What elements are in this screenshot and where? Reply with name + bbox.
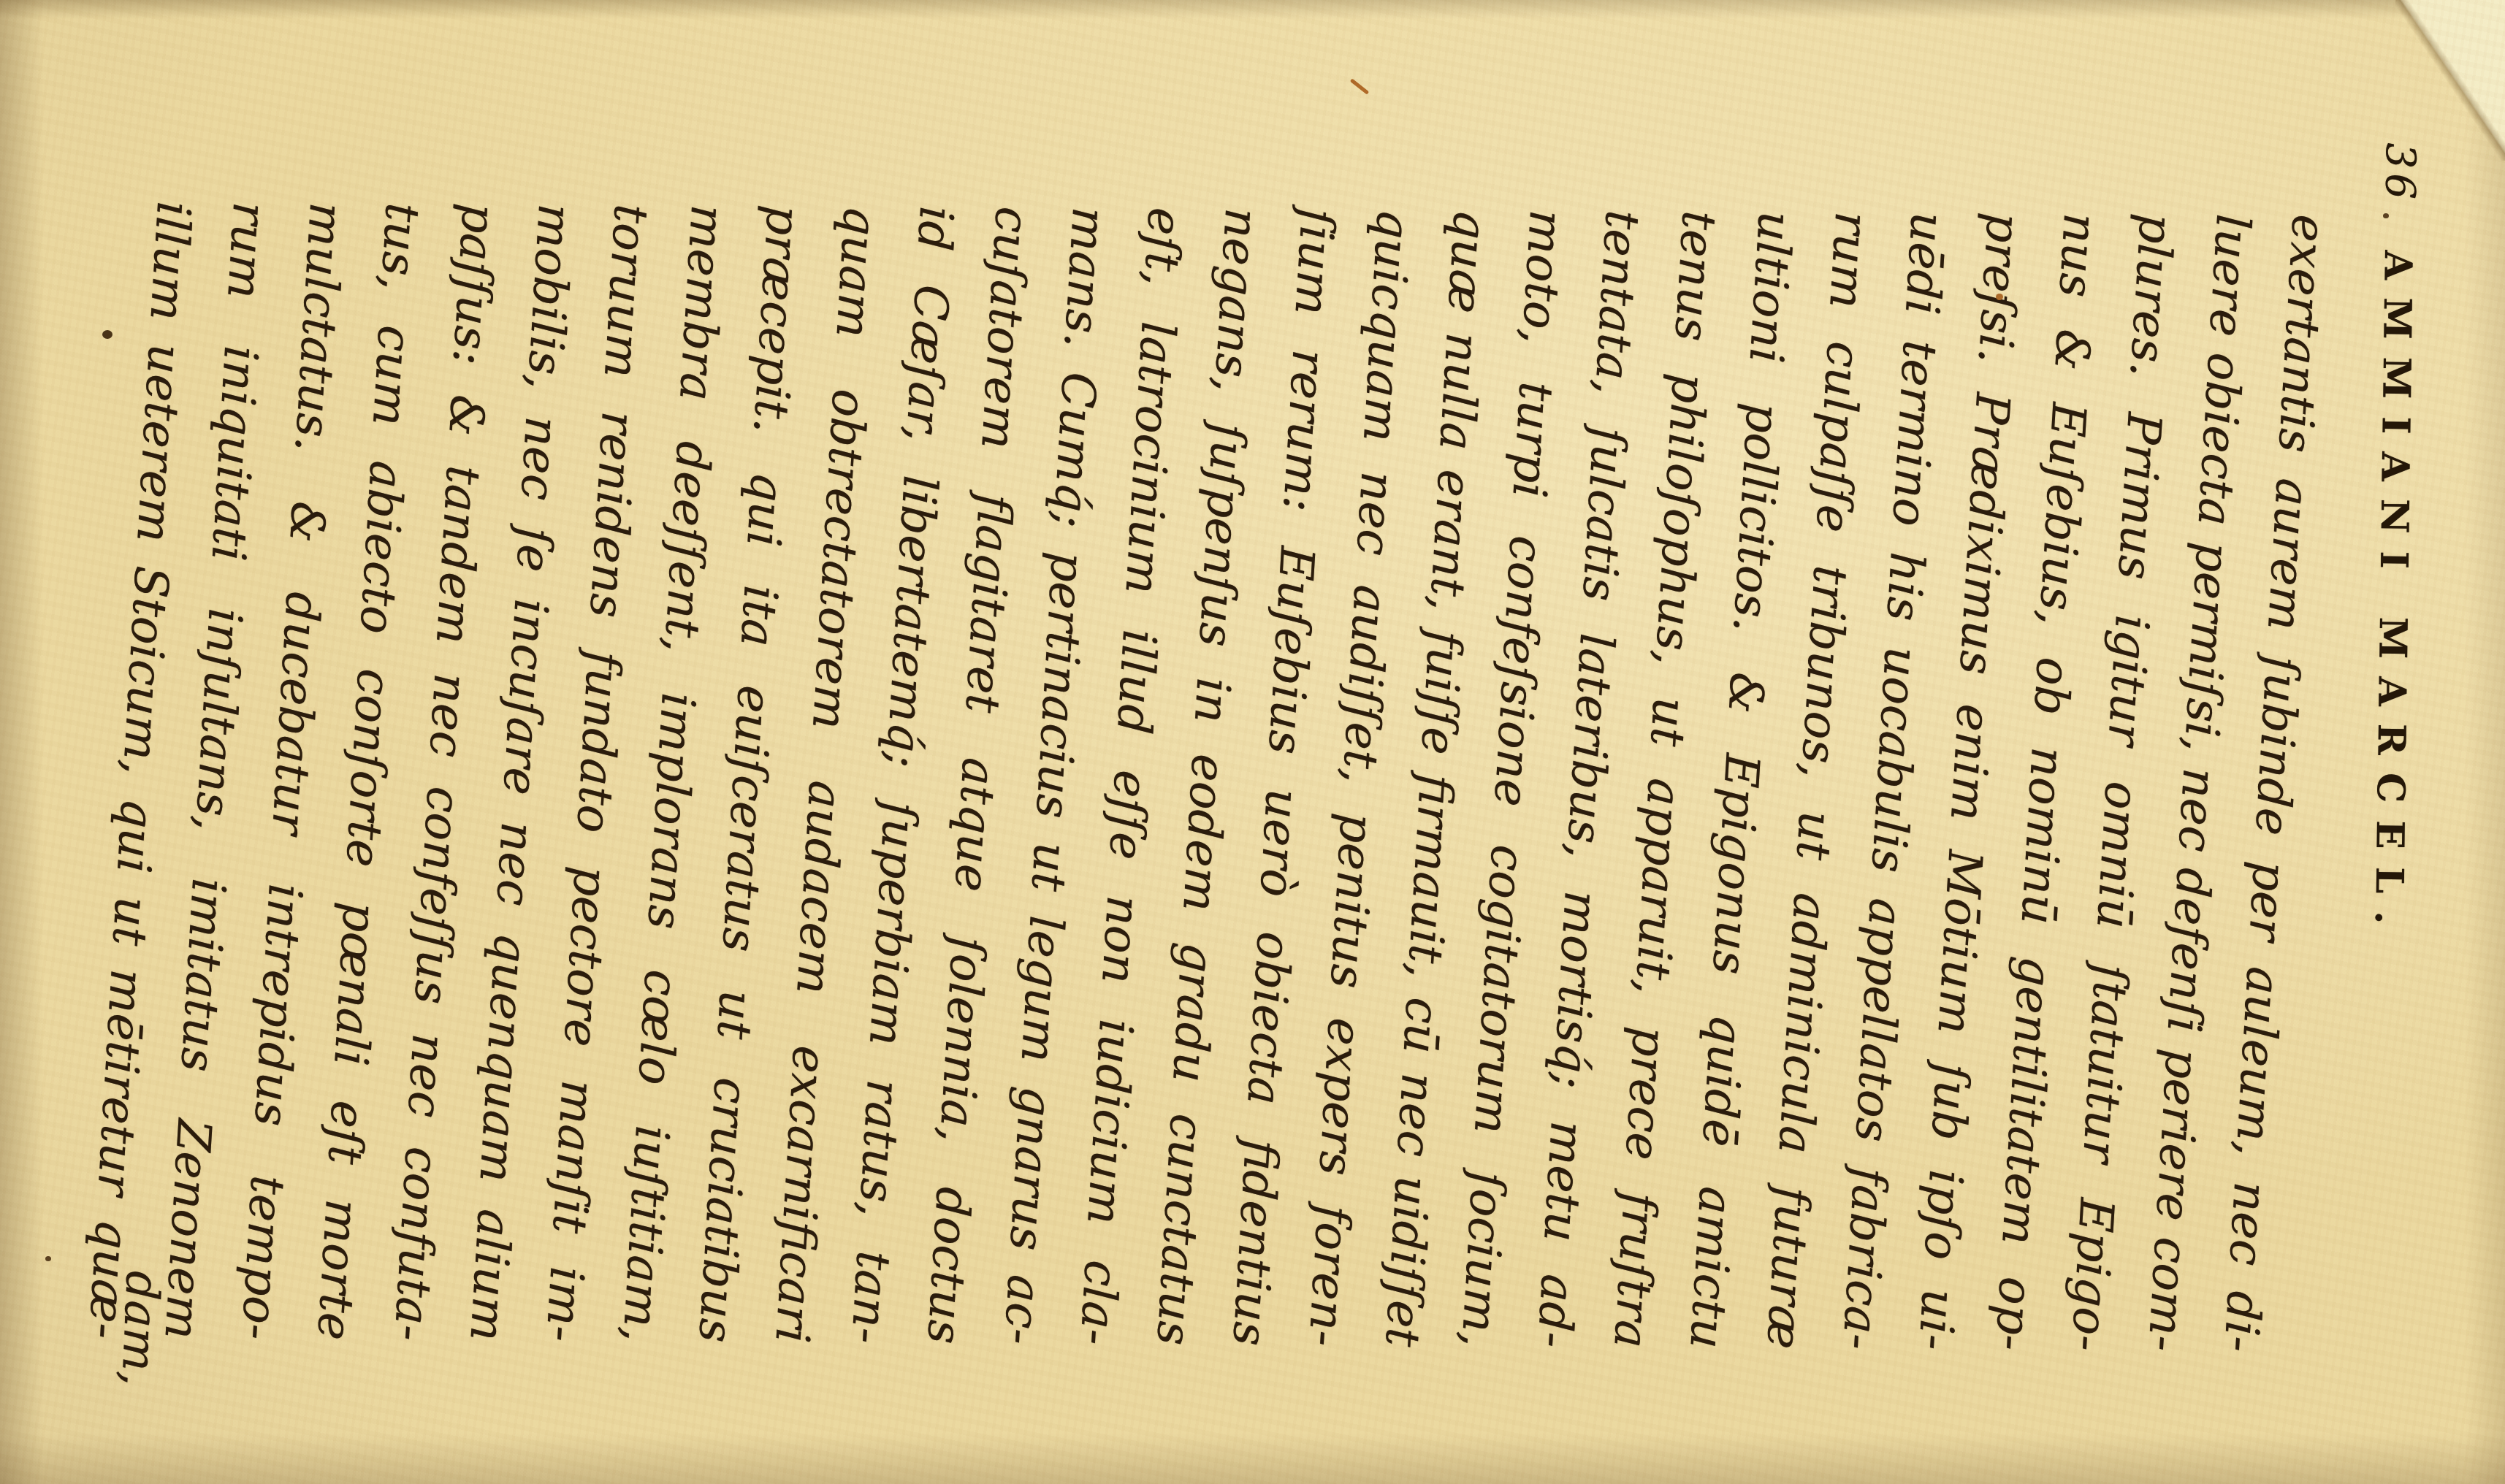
text-line: mans. Cumq́; pertinacius ut legum gnarus… — [982, 205, 1126, 1347]
text-line: ſium rerum: Euſebius uerò obiecta fident… — [1210, 206, 1355, 1347]
text-line: mobilis, nec ſe incuſare nec quenquam al… — [448, 202, 592, 1343]
text-line: cuſatorem flagitaret atque ſolennia, doc… — [905, 204, 1050, 1346]
text-line: mulctatus. & ducebatur intrepidus tempo- — [219, 200, 364, 1342]
text-line: eſt, latrocinium illud eſſe non iudicium… — [1058, 205, 1202, 1347]
text-line: moto, turpi confeſsione cogitatorum ſoci… — [1439, 207, 1584, 1349]
paper-speck — [45, 1256, 51, 1261]
text-line: quam obtrectatorem audacem excarnificari — [753, 204, 898, 1345]
text-line: id Cæſar, libertatemq́; ſuperbiam ratus,… — [829, 204, 974, 1345]
text-line: plures. Primus igitur omniū ſtatuitur Ep… — [2049, 211, 2194, 1353]
text-line: preſsi. Prædiximus enim Mōtium ſub ipſo … — [1896, 210, 2041, 1352]
page-header: 36AMMIANI MARCEL. — [2361, 142, 2424, 1239]
text-line: paſſus: & tandem nec confeſſus nec confu… — [372, 201, 516, 1342]
text-line: rum iniquitati inſultans, imitatus Zenon… — [142, 200, 287, 1342]
page-corner-backing — [2395, 0, 2505, 161]
book-page-photo: 36AMMIANI MARCEL. exertantis aurem ſubin… — [0, 0, 2505, 1484]
running-title: AMMIANI MARCEL. — [2366, 250, 2420, 942]
text-line: nus & Euſebius, ob nominū gentilitatem o… — [1973, 211, 2118, 1353]
text-line: uēdi termino his uocabulis appellatos fa… — [1820, 210, 1965, 1352]
paper-speck — [102, 330, 113, 339]
text-line: exertantis aurem ſubinde per auleum, nec… — [2202, 213, 2346, 1354]
catchword: dam, — [111, 1270, 169, 1388]
text-line: ultioni pollicitos. & Epigonus quidē ami… — [1668, 209, 1812, 1350]
paper-speck — [2383, 213, 2389, 218]
text-line: rum culpaſſe tribunos, ut adminicula fut… — [1745, 210, 1889, 1351]
text-line: toruum renidens fundato pectore manſit i… — [524, 202, 668, 1344]
text-line: præcepit. qui ita euiſceratus ut cruciat… — [676, 203, 821, 1345]
page-number: 36 — [2376, 142, 2424, 204]
paper-speck — [1996, 294, 2003, 300]
text-line: tentata, ſulcatis lateribus, mortisq́; m… — [1515, 208, 1660, 1350]
text-line: negans, ſuſpenſus in eodem gradu cunctat… — [1134, 206, 1278, 1347]
text-line: illum ueterem Stoicum, qui ut mētiretur … — [66, 199, 211, 1341]
paper-fiber — [1350, 78, 1370, 94]
text-line: quicquam nec audiſſet, penitus expers fo… — [1286, 207, 1431, 1348]
text-line: tenus philoſophus, ut apparuit, prece fr… — [1592, 209, 1736, 1350]
text-line: membra deeſſent, implorans cœlo iuſtitia… — [600, 202, 745, 1344]
text-block: exertantis aurem ſubinde per auleum, nec… — [128, 204, 2346, 1356]
text-line: luere obiecta permiſsi, nec defenſi peri… — [2126, 212, 2270, 1353]
text-line: tus, cum abiecto conſorte pœnali eſt mor… — [295, 201, 440, 1342]
text-line: quæ nulla erant, fuiſſe firmauit, cū nec… — [1363, 207, 1508, 1349]
